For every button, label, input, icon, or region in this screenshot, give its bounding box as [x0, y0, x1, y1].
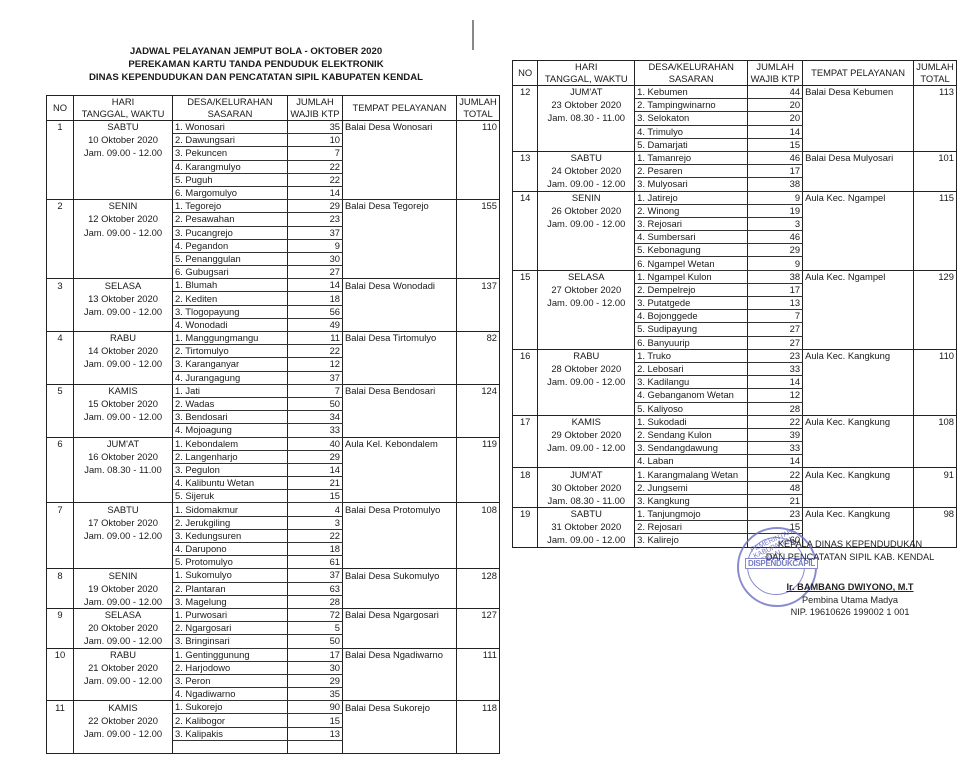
cell-village: 4. Bojonggede	[635, 310, 748, 323]
cell-place	[343, 147, 457, 160]
cell-total	[914, 138, 957, 151]
table-row: 31 Oktober 20202. Rejosari15	[513, 521, 957, 534]
table-row: 10 Oktober 20202. Dawungsari10	[47, 134, 500, 147]
cell-total	[457, 411, 500, 424]
cell-place	[803, 99, 914, 112]
table-row: 4. Wonodadi49	[47, 318, 500, 331]
table-row: 14SENIN1. Jatirejo9Aula Kec. Ngampel115	[513, 191, 957, 204]
cell-day	[74, 477, 173, 490]
cell-wajib-ktp: 20	[748, 112, 803, 125]
cell-total	[457, 239, 500, 252]
cell-place	[343, 345, 457, 358]
cell-total	[914, 204, 957, 217]
cell-village: 1. Truko	[635, 349, 748, 362]
cell-village: 3. Kalipakis	[173, 727, 288, 740]
table-row: Jam. 09.00 - 12.003. Sendangdawung33	[513, 442, 957, 455]
cell-total	[914, 362, 957, 375]
cell-day: 19 Oktober 2020	[74, 582, 173, 595]
cell-village: 3. Tlogopayung	[173, 305, 288, 318]
cell-day: 24 Oktober 2020	[538, 165, 635, 178]
cell-day: Jam. 09.00 - 12.00	[538, 297, 635, 310]
cell-village: 2. Lebosari	[635, 362, 748, 375]
cell-day: 26 Oktober 2020	[538, 204, 635, 217]
cell-wajib-ktp: 29	[288, 450, 343, 463]
table-row: 28 Oktober 20202. Lebosari33	[513, 362, 957, 375]
cell-wajib-ktp: 29	[288, 674, 343, 687]
cell-village: 2. Kalibogor	[173, 714, 288, 727]
cell-no	[513, 204, 538, 217]
cell-total: 124	[457, 384, 500, 397]
cell-village: 3. Mulyosari	[635, 178, 748, 191]
cell-no	[513, 534, 538, 547]
cell-wajib-ktp: 13	[288, 727, 343, 740]
table-row: Jam. 09.00 - 12.003. Peron29	[47, 674, 500, 687]
cell-wajib-ktp: 50	[288, 635, 343, 648]
cell-village: 2. Harjodowo	[173, 661, 288, 674]
cell-total	[457, 292, 500, 305]
table-row: 5. Damarjati15	[513, 138, 957, 151]
cell-place	[343, 318, 457, 331]
cell-place	[803, 165, 914, 178]
cell-day: 16 Oktober 2020	[74, 450, 173, 463]
cell-no: 9	[47, 608, 74, 621]
cell-village: 1. Kebumen	[635, 86, 748, 99]
cell-place	[803, 336, 914, 349]
cell-place	[343, 213, 457, 226]
cell-place: Balai Desa Wonodadi	[343, 279, 457, 292]
table-row: 4RABU1. Manggungmangu11Balai Desa Tirtom…	[47, 332, 500, 345]
cell-place: Aula Kec. Kangkung	[803, 468, 914, 481]
cell-place	[803, 297, 914, 310]
cell-no: 3	[47, 279, 74, 292]
cell-wajib-ktp: 61	[288, 556, 343, 569]
table-row: 4. Laban14	[513, 455, 957, 468]
table-row: 30 Oktober 20202. Jungsemi48	[513, 481, 957, 494]
table-row: 17KAMIS1. Sukodadi22Aula Kec. Kangkung10…	[513, 415, 957, 428]
table-row: 1SABTU1. Wonosari35Balai Desa Wonosari11…	[47, 121, 500, 134]
title-line-1: JADWAL PELAYANAN JEMPUT BOLA - OKTOBER 2…	[46, 45, 466, 58]
cell-total	[457, 595, 500, 608]
cell-no	[47, 397, 74, 410]
cell-place: Aula Kec. Kangkung	[803, 508, 914, 521]
cell-village: 4. Mojoagung	[173, 424, 288, 437]
cell-total	[457, 160, 500, 173]
cell-place	[343, 595, 457, 608]
cell-wajib-ktp: 12	[288, 358, 343, 371]
cell-place	[803, 283, 914, 296]
table-row: Jam. 09.00 - 12.003. Kadilangu14	[513, 376, 957, 389]
cell-day: SENIN	[74, 200, 173, 213]
cell-wajib-ktp: 14	[288, 186, 343, 199]
cell-total	[457, 371, 500, 384]
cell-no	[47, 252, 74, 265]
cell-village	[173, 740, 288, 753]
cell-wajib-ktp: 17	[748, 165, 803, 178]
cell-village: 3. Pucangrejo	[173, 226, 288, 239]
cell-village: 1. Tanjungmojo	[635, 508, 748, 521]
cell-no	[47, 318, 74, 331]
col-day: HARITANGGAL, WAKTU	[538, 61, 635, 86]
cell-no: 13	[513, 151, 538, 164]
col-no: NO	[513, 61, 538, 86]
cell-wajib-ktp: 33	[748, 442, 803, 455]
cell-wajib-ktp: 22	[748, 415, 803, 428]
cell-day: SABTU	[74, 503, 173, 516]
table-row: Jam. 09.00 - 12.003. Tlogopayung56	[47, 305, 500, 318]
cell-day: KAMIS	[538, 415, 635, 428]
cell-village: 1. Tegorejo	[173, 200, 288, 213]
cell-day: SELASA	[74, 608, 173, 621]
cell-wajib-ktp: 3	[288, 516, 343, 529]
cell-wajib-ktp: 37	[288, 226, 343, 239]
cell-wajib-ktp: 21	[288, 477, 343, 490]
cell-no: 1	[47, 121, 74, 134]
table-row: 19 Oktober 20202. Plantaran63	[47, 582, 500, 595]
col-tempat: TEMPAT PELAYANAN	[343, 96, 457, 121]
cell-day: RABU	[74, 648, 173, 661]
cell-wajib-ktp: 7	[748, 310, 803, 323]
cell-village: 5. Sudipayung	[635, 323, 748, 336]
cell-no	[47, 490, 74, 503]
cell-village: 6. Gubugsari	[173, 266, 288, 279]
cell-no: 16	[513, 349, 538, 362]
cell-place	[343, 239, 457, 252]
cell-village: 6. Margomulyo	[173, 186, 288, 199]
table-row: 12JUM'AT1. Kebumen44Balai Desa Kebumen11…	[513, 86, 957, 99]
cell-total	[914, 112, 957, 125]
cell-village: 1. Kebondalem	[173, 437, 288, 450]
cell-day	[538, 323, 635, 336]
cell-total	[457, 529, 500, 542]
cell-place	[803, 494, 914, 507]
cell-wajib-ktp: 10	[288, 134, 343, 147]
cell-no: 15	[513, 270, 538, 283]
cell-total	[914, 402, 957, 415]
cell-place	[343, 635, 457, 648]
cell-total	[914, 297, 957, 310]
cell-day: 23 Oktober 2020	[538, 99, 635, 112]
cell-wajib-ktp: 35	[288, 121, 343, 134]
cell-village: 5. Kebonagung	[635, 244, 748, 257]
cell-day: 12 Oktober 2020	[74, 213, 173, 226]
cell-total	[914, 99, 957, 112]
table-row: 15SELASA1. Ngampel Kulon38Aula Kec. Ngam…	[513, 270, 957, 283]
cell-total: 111	[457, 648, 500, 661]
cell-wajib-ktp: 37	[288, 569, 343, 582]
cell-total	[914, 178, 957, 191]
cell-total	[914, 244, 957, 257]
cell-village: 4. Wonodadi	[173, 318, 288, 331]
cell-day	[74, 490, 173, 503]
cell-day: SABTU	[538, 151, 635, 164]
cell-day	[74, 371, 173, 384]
cell-total	[457, 397, 500, 410]
cell-wajib-ktp: 17	[288, 648, 343, 661]
table-row: Jam. 09.00 - 12.003. Pucangrejo37	[47, 226, 500, 239]
cell-total: 118	[457, 701, 500, 714]
table-row: 6JUM'AT1. Kebondalem40Aula Kel. Kebondal…	[47, 437, 500, 450]
cell-no	[513, 125, 538, 138]
cell-no	[513, 138, 538, 151]
cell-place	[343, 529, 457, 542]
cell-village: 4. Kalibuntu Wetan	[173, 477, 288, 490]
cell-place: Aula Kel. Kebondalem	[343, 437, 457, 450]
cell-total: 137	[457, 279, 500, 292]
cell-no	[47, 411, 74, 424]
table-row: 13 Oktober 20202. Kediten18	[47, 292, 500, 305]
cell-village: 1. Sidomakmur	[173, 503, 288, 516]
cell-total	[914, 125, 957, 138]
cell-wajib-ktp: 63	[288, 582, 343, 595]
col-desa: DESA/KELURAHANSASARAN	[173, 96, 288, 121]
cell-village: 4. Jurangagung	[173, 371, 288, 384]
cell-no	[47, 358, 74, 371]
cell-total	[457, 173, 500, 186]
table-row: Jam. 09.00 - 12.003. Mulyosari38	[513, 178, 957, 191]
cell-day: SABTU	[538, 508, 635, 521]
table-row: 18JUM'AT1. Karangmalang Wetan22Aula Kec.…	[513, 468, 957, 481]
cell-wajib-ktp: 56	[288, 305, 343, 318]
cell-no	[513, 244, 538, 257]
cell-no	[513, 521, 538, 534]
cell-no	[513, 442, 538, 455]
cell-place	[803, 428, 914, 441]
cell-no	[513, 323, 538, 336]
cell-no	[47, 186, 74, 199]
cell-day	[538, 402, 635, 415]
cell-place	[343, 740, 457, 753]
cell-day: Jam. 09.00 - 12.00	[538, 534, 635, 547]
cell-wajib-ktp: 17	[748, 283, 803, 296]
table-row: 4. Bojonggede7	[513, 310, 957, 323]
cell-total	[914, 442, 957, 455]
cell-total	[457, 213, 500, 226]
cell-total	[457, 252, 500, 265]
col-total: JUMLAHTOTAL	[457, 96, 500, 121]
cell-village: 1. Manggungmangu	[173, 332, 288, 345]
cell-wajib-ktp: 49	[288, 318, 343, 331]
cell-wajib-ktp: 22	[288, 345, 343, 358]
table-row: Jam. 09.00 - 12.003. Bendosari34	[47, 411, 500, 424]
table-row: 4. Trimulyo14	[513, 125, 957, 138]
cell-no	[47, 714, 74, 727]
cell-wajib-ktp: 3	[748, 217, 803, 230]
cell-village: 1. Sukomulyo	[173, 569, 288, 582]
cell-village: 5. Damarjati	[635, 138, 748, 151]
cell-wajib-ktp: 38	[748, 270, 803, 283]
table-row: 4. Kalibuntu Wetan21	[47, 477, 500, 490]
cell-day	[538, 138, 635, 151]
cell-place	[343, 358, 457, 371]
cell-village: 3. Karanganyar	[173, 358, 288, 371]
cell-place	[803, 362, 914, 375]
signature-title-2: DAN PENCATATAN SIPIL KAB. KENDAL	[760, 551, 940, 564]
cell-total	[457, 358, 500, 371]
cell-wajib-ktp: 72	[288, 608, 343, 621]
cell-day: SELASA	[538, 270, 635, 283]
cell-wajib-ktp: 35	[288, 688, 343, 701]
cell-wajib-ktp: 46	[748, 151, 803, 164]
cell-village: 4. Karangmulyo	[173, 160, 288, 173]
cell-village: 1. Purwosari	[173, 608, 288, 621]
cell-place	[343, 397, 457, 410]
cell-no	[47, 477, 74, 490]
cell-total	[457, 714, 500, 727]
cell-day	[74, 688, 173, 701]
cell-no: 4	[47, 332, 74, 345]
table-row: 2SENIN1. Tegorejo29Balai Desa Tegorejo15…	[47, 200, 500, 213]
cell-day: JUM'AT	[538, 468, 635, 481]
cell-total	[457, 345, 500, 358]
col-desa: DESA/KELURAHANSASARAN	[635, 61, 748, 86]
cell-day: 29 Oktober 2020	[538, 428, 635, 441]
cell-day: Jam. 09.00 - 12.00	[538, 217, 635, 230]
cell-no	[47, 688, 74, 701]
table-row: 19SABTU1. Tanjungmojo23Aula Kec. Kangkun…	[513, 508, 957, 521]
cell-no	[47, 622, 74, 635]
cell-day: 13 Oktober 2020	[74, 292, 173, 305]
cell-day: SABTU	[74, 121, 173, 134]
cell-no: 5	[47, 384, 74, 397]
cell-day: Jam. 09.00 - 12.00	[74, 635, 173, 648]
cell-village: 3. Kangkung	[635, 494, 748, 507]
cell-no	[513, 402, 538, 415]
cell-place	[343, 160, 457, 173]
cell-wajib-ktp: 7	[288, 147, 343, 160]
cell-wajib-ktp: 7	[288, 384, 343, 397]
cell-wajib-ktp: 23	[748, 349, 803, 362]
cell-total	[914, 336, 957, 349]
cell-place	[343, 714, 457, 727]
cell-place	[343, 226, 457, 239]
cell-village: 3. Pegulon	[173, 463, 288, 476]
cell-total	[914, 481, 957, 494]
cell-total: 129	[914, 270, 957, 283]
cell-no	[47, 674, 74, 687]
cell-no	[513, 217, 538, 230]
cell-total	[457, 661, 500, 674]
document-title: JADWAL PELAYANAN JEMPUT BOLA - OKTOBER 2…	[46, 45, 466, 84]
table-row: 10RABU1. Gentinggunung17Balai Desa Ngadi…	[47, 648, 500, 661]
cell-wajib-ktp: 29	[288, 200, 343, 213]
cell-day	[74, 424, 173, 437]
cell-no	[513, 389, 538, 402]
table-row: 4. Sumbersari46	[513, 231, 957, 244]
cell-total	[457, 305, 500, 318]
cell-village: 6. Ngampel Wetan	[635, 257, 748, 270]
cell-total	[914, 283, 957, 296]
cell-no	[47, 516, 74, 529]
cell-day	[538, 244, 635, 257]
cell-wajib-ktp: 18	[288, 543, 343, 556]
cell-place	[343, 424, 457, 437]
cell-no: 6	[47, 437, 74, 450]
cell-total: 128	[457, 569, 500, 582]
cell-wajib-ktp: 15	[288, 490, 343, 503]
cell-total	[457, 516, 500, 529]
cell-day	[74, 173, 173, 186]
title-line-3: DINAS KEPENDUDUKAN DAN PENCATATAN SIPIL …	[46, 71, 466, 84]
cell-place	[343, 252, 457, 265]
table-row: 4. Pegandon9	[47, 239, 500, 252]
table-row: Jam. 09.00 - 12.003. Magelung28	[47, 595, 500, 608]
cell-total	[457, 424, 500, 437]
cell-wajib-ktp: 21	[748, 494, 803, 507]
table-row: Jam. 09.00 - 12.003. Kedungsuren22	[47, 529, 500, 542]
cell-no	[47, 147, 74, 160]
table-row: Jam. 08.30 - 11.003. Pegulon14	[47, 463, 500, 476]
cell-place	[343, 674, 457, 687]
cell-total	[457, 543, 500, 556]
cell-day: Jam. 09.00 - 12.00	[538, 178, 635, 191]
cell-no: 8	[47, 569, 74, 582]
cell-wajib-ktp: 22	[288, 529, 343, 542]
cell-village: 2. Dawungsari	[173, 134, 288, 147]
cell-village: 2. Jerukgiling	[173, 516, 288, 529]
cell-total	[457, 450, 500, 463]
table-row: 4. Mojoagung33	[47, 424, 500, 437]
cell-wajib-ktp: 14	[748, 455, 803, 468]
cell-day: Jam. 09.00 - 12.00	[74, 727, 173, 740]
cell-place: Balai Desa Sukomulyo	[343, 569, 457, 582]
cell-total	[457, 226, 500, 239]
cell-place	[343, 622, 457, 635]
cell-no	[47, 173, 74, 186]
cell-place	[343, 411, 457, 424]
cell-total	[457, 266, 500, 279]
cell-village: 1. Wonosari	[173, 121, 288, 134]
cell-no	[47, 160, 74, 173]
cell-village: 5. Puguh	[173, 173, 288, 186]
cell-no	[47, 239, 74, 252]
cell-total	[457, 622, 500, 635]
cell-wajib-ktp: 9	[748, 191, 803, 204]
cell-no: 2	[47, 200, 74, 213]
cell-village: 4. Pegandon	[173, 239, 288, 252]
cell-no	[47, 450, 74, 463]
cell-no	[47, 543, 74, 556]
cell-total	[457, 463, 500, 476]
cell-day	[74, 556, 173, 569]
cell-day	[538, 231, 635, 244]
cell-place	[343, 727, 457, 740]
table-row: 5. Penanggulan30	[47, 252, 500, 265]
table-row: Jam. 09.00 - 12.003. Bringinsari50	[47, 635, 500, 648]
cell-day: Jam. 09.00 - 12.00	[74, 674, 173, 687]
cell-wajib-ktp: 12	[748, 389, 803, 402]
cell-place	[803, 112, 914, 125]
cell-wajib-ktp: 30	[288, 661, 343, 674]
cell-no	[513, 481, 538, 494]
col-jumlah: JUMLAHWAJIB KTP	[288, 96, 343, 121]
cell-village: 1. Karangmalang Wetan	[635, 468, 748, 481]
cell-village: 2. Wadas	[173, 397, 288, 410]
cell-total: 101	[914, 151, 957, 164]
cell-day: 27 Oktober 2020	[538, 283, 635, 296]
cell-total	[914, 217, 957, 230]
cell-village: 3. Putatgede	[635, 297, 748, 310]
signatory-rank: Pembina Utama Madya	[760, 594, 940, 607]
cell-wajib-ktp: 48	[748, 481, 803, 494]
cell-total	[457, 727, 500, 740]
cell-wajib-ktp: 44	[748, 86, 803, 99]
cell-no: 18	[513, 468, 538, 481]
cell-total	[914, 310, 957, 323]
title-line-2: PEREKAMAN KARTU TANDA PENDUDUK ELEKTRONI…	[46, 58, 466, 71]
cell-day: Jam. 08.30 - 11.00	[74, 463, 173, 476]
cell-village: 1. Jati	[173, 384, 288, 397]
cell-no	[513, 283, 538, 296]
